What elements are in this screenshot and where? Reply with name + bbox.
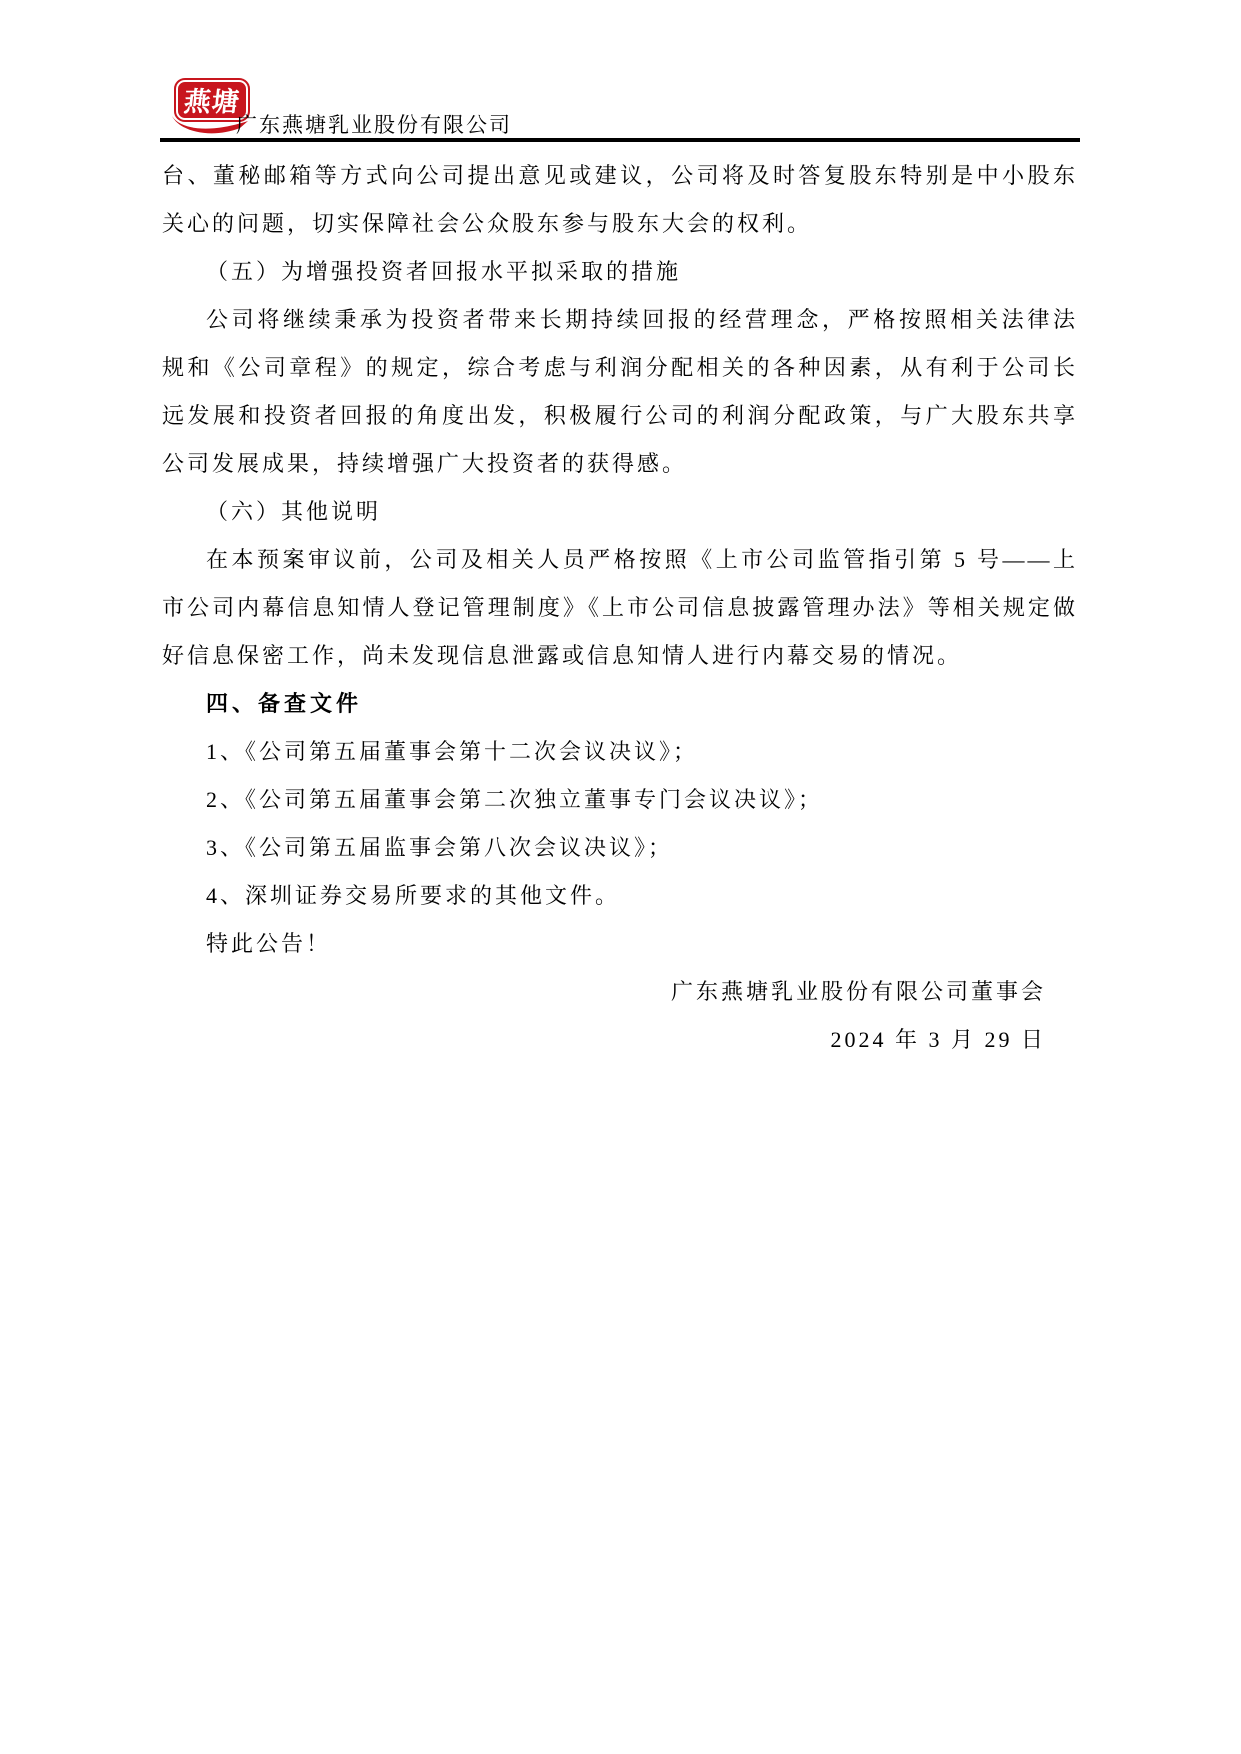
paragraph: 1、《公司第五届董事会第十二次会议决议》； bbox=[162, 728, 1078, 776]
paragraph: （五）为增强投资者回报水平拟采取的措施 bbox=[162, 248, 1078, 296]
paragraph: 广东燕塘乳业股份有限公司董事会 bbox=[162, 968, 1078, 1016]
paragraph: 在本预案审议前，公司及相关人员严格按照《上市公司监管指引第 5 号——上市公司内… bbox=[162, 536, 1078, 680]
paragraph: （六）其他说明 bbox=[162, 488, 1078, 536]
header-company-name: 广东燕塘乳业股份有限公司 bbox=[236, 109, 512, 139]
paragraph: 3、《公司第五届监事会第八次会议决议》； bbox=[162, 824, 1078, 872]
paragraph: 台、董秘邮箱等方式向公司提出意见或建议，公司将及时答复股东特别是中小股东关心的问… bbox=[162, 152, 1078, 248]
document-page: 燕塘 广东燕塘乳业股份有限公司 台、董秘邮箱等方式向公司提出意见或建议，公司将及… bbox=[0, 0, 1241, 1754]
paragraph: 4、深圳证券交易所要求的其他文件。 bbox=[162, 872, 1078, 920]
paragraph: 四、备查文件 bbox=[162, 680, 1078, 728]
header-rule bbox=[160, 138, 1080, 142]
paragraph: 公司将继续秉承为投资者带来长期持续回报的经营理念，严格按照相关法律法规和《公司章… bbox=[162, 296, 1078, 488]
paragraph: 特此公告！ bbox=[162, 920, 1078, 968]
document-body: 台、董秘邮箱等方式向公司提出意见或建议，公司将及时答复股东特别是中小股东关心的问… bbox=[162, 152, 1078, 1064]
paragraph: 2、《公司第五届董事会第二次独立董事专门会议决议》； bbox=[162, 776, 1078, 824]
paragraph: 2024 年 3 月 29 日 bbox=[162, 1016, 1078, 1064]
logo-text: 燕塘 bbox=[182, 80, 242, 119]
